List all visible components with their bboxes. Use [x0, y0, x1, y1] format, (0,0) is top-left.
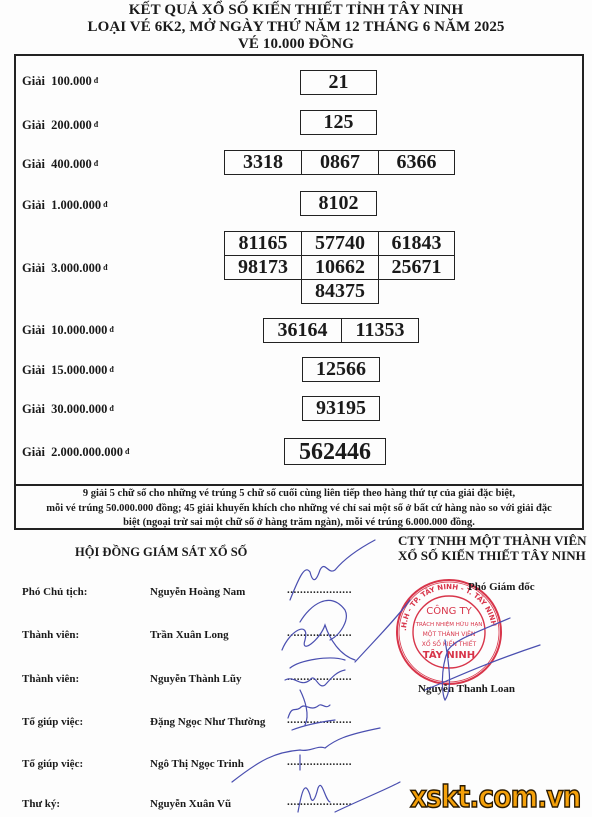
member-role: Tổ giúp việc:: [22, 758, 83, 770]
prize-label-text: Giải: [22, 118, 45, 132]
prize-label-text: Giải: [22, 157, 45, 171]
currency-symbol: đ: [109, 365, 113, 374]
prize-label-15000000: Giải 15.000.000đ: [22, 363, 114, 378]
prize-number: 84375: [301, 279, 379, 304]
prize-amount: 15.000.000: [51, 363, 107, 377]
prize-number: 21: [300, 70, 377, 95]
prize-number: 81165: [224, 231, 301, 256]
company-stamp-icon: M.S.D.N: 3900244438 - C.T.T.N.H.H - TP. …: [395, 578, 503, 686]
prize-amount: 30.000.000: [51, 402, 107, 416]
prize-number: 57740: [301, 231, 378, 256]
stamp-line-5: TÂY NINH: [423, 648, 475, 661]
member-role: Thành viên:: [22, 673, 79, 685]
site-watermark: xskt.com.vn: [410, 781, 581, 815]
document-header: KẾT QUẢ XỔ SỐ KIẾN THIẾT TỈNH TÂY NINH L…: [0, 2, 592, 53]
currency-symbol: đ: [103, 200, 107, 209]
title-line-1: KẾT QUẢ XỔ SỐ KIẾN THIẾT TỈNH TÂY NINH: [0, 2, 592, 19]
prize-amount: 3.000.000: [51, 261, 101, 275]
prize-number: 6366: [378, 150, 455, 175]
prize-number: 61843: [378, 231, 455, 256]
member-role: Thành viên:: [22, 629, 79, 641]
currency-symbol: đ: [94, 120, 98, 129]
signature-line: ....................: [287, 671, 352, 683]
member-role: Tổ giúp việc:: [22, 716, 83, 728]
prize-amount: 10.000.000: [51, 323, 107, 337]
prize-amount: 1.000.000: [51, 198, 101, 212]
notes-line-3: biệt (ngoại trừ sai một chữ số ở hàng tr…: [22, 516, 576, 531]
prize-label-100000: Giải 100.000đ: [22, 74, 98, 89]
stamp-line-3: MỘT THÀNH VIÊN: [423, 630, 476, 638]
currency-symbol: đ: [109, 404, 113, 413]
prize-number: 25671: [378, 255, 455, 280]
prize-label-text: Giải: [22, 261, 45, 275]
stamp-line-4: XỔ SỐ KIẾN THIẾT: [422, 640, 477, 648]
notes-line-1: 9 giải 5 chữ số cho những vé trúng 5 chữ…: [22, 487, 576, 502]
prize-amount: 100.000: [51, 74, 92, 88]
stamp-line-2: TRÁCH NHIỆM HỮU HẠN: [415, 620, 483, 628]
prize-amount: 400.000: [51, 157, 92, 171]
signature-line: ....................: [287, 584, 352, 596]
prize-label-text: Giải: [22, 323, 45, 337]
special-prize-number: 562446: [284, 438, 386, 465]
prize-number: 36164: [263, 318, 341, 343]
prize-number: 98173: [224, 255, 301, 280]
results-table: Giải 100.000đ 21 Giải 200.000đ 125 Giải …: [14, 54, 584, 530]
title-line-2: LOẠI VÉ 6K2, MỞ NGÀY THỨ NĂM 12 THÁNG 6 …: [0, 19, 592, 36]
prize-number: 0867: [301, 150, 378, 175]
prize-label-text: Giải: [22, 198, 45, 212]
prize-label-text: Giải: [22, 402, 45, 416]
member-name: Nguyễn Thành Lũy: [150, 673, 242, 685]
member-role: Phó Chủ tịch:: [22, 586, 87, 598]
member-role: Thư ký:: [22, 798, 60, 810]
prize-label-400000: Giải 400.000đ: [22, 157, 98, 172]
prize-number: 8102: [300, 191, 377, 216]
signer-title: Phó Giám đốc: [468, 581, 535, 593]
currency-symbol: đ: [103, 263, 107, 272]
company-line-2: XỔ SỐ KIẾN THIẾT TÂY NINH: [398, 548, 587, 563]
prize-label-10000000: Giải 10.000.000đ: [22, 323, 114, 338]
currency-symbol: đ: [94, 159, 98, 168]
signature-line: ....................: [287, 756, 352, 768]
prize-label-3000000: Giải 3.000.000đ: [22, 261, 108, 276]
prize-label-text: Giải: [22, 74, 45, 88]
title-line-3: VÉ 10.000 ĐỒNG: [0, 36, 592, 53]
member-name: Đặng Ngọc Như Thường: [150, 716, 265, 728]
member-name: Ngô Thị Ngọc Trinh: [150, 758, 244, 770]
signer-name: Nguyễn Thanh Loan: [418, 683, 515, 695]
prize-number: 12566: [302, 357, 380, 382]
council-title: HỘI ĐỒNG GIÁM SÁT XỔ SỐ: [75, 545, 247, 560]
prize-amount: 200.000: [51, 118, 92, 132]
prize-number: 93195: [302, 396, 380, 421]
member-name: Trần Xuân Long: [150, 629, 229, 641]
signature-line: ....................: [287, 714, 352, 726]
company-line-1: CTY TNHH MỘT THÀNH VIÊN: [398, 533, 587, 548]
member-name: Nguyễn Xuân Vũ: [150, 798, 231, 810]
currency-symbol: đ: [109, 325, 113, 334]
prize-number: 10662: [301, 255, 378, 280]
member-name: Nguyễn Hoàng Nam: [150, 586, 245, 598]
prize-label-text: Giải: [22, 363, 45, 377]
prize-number: 3318: [224, 150, 301, 175]
currency-symbol: đ: [94, 76, 98, 85]
prize-label-text: Giải: [22, 445, 45, 459]
notes-line-2: mỗi vé trúng 50.000.000 đồng; 45 giải kh…: [22, 502, 576, 517]
prize-amount: 2.000.000.000: [51, 445, 123, 459]
prize-label-1000000: Giải 1.000.000đ: [22, 198, 108, 213]
signature-line: ....................: [287, 627, 352, 639]
currency-symbol: đ: [125, 447, 129, 456]
stamp-line-1: CÔNG TY: [426, 604, 472, 617]
prize-label-30000000: Giải 30.000.000đ: [22, 402, 114, 417]
prize-number: 125: [300, 110, 377, 135]
prize-label-200000: Giải 200.000đ: [22, 118, 98, 133]
prize-number: 11353: [341, 318, 419, 343]
prize-notes: 9 giải 5 chữ số cho những vé trúng 5 chữ…: [16, 486, 582, 532]
signature-line: ....................: [287, 796, 352, 808]
company-name: CTY TNHH MỘT THÀNH VIÊN XỔ SỐ KIẾN THIẾT…: [398, 533, 587, 563]
prize-label-special: Giải 2.000.000.000đ: [22, 445, 130, 460]
